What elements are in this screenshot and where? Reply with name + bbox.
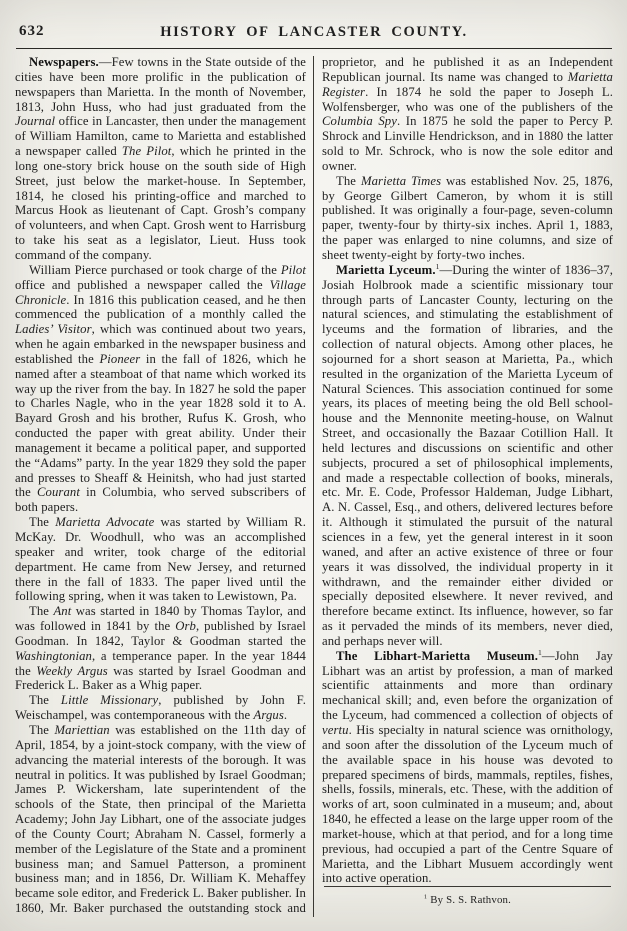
footnote: 1 By S. S. Rathvon. xyxy=(322,894,613,906)
run-in-heading: The Libhart-Marietta Museum. xyxy=(336,649,538,663)
footnote-rule xyxy=(324,886,611,887)
page-number: 632 xyxy=(19,23,45,40)
body-text: The xyxy=(336,174,361,188)
paragraph: The Marietta Times was established Nov. … xyxy=(322,174,613,263)
text-columns: Newspapers.—Few towns in the State outsi… xyxy=(15,55,613,917)
right-column: proprietor, and he published it as an In… xyxy=(314,55,613,917)
italic-title: Marietta Times xyxy=(361,174,441,188)
body-text: in the fall of 1826, which he named afte… xyxy=(15,352,306,500)
body-text: , which he printed in the long one-story… xyxy=(15,144,306,262)
right-column-text: proprietor, and he published it as an In… xyxy=(322,55,613,886)
body-text: The xyxy=(29,604,53,618)
italic-title: Journal xyxy=(15,114,55,128)
paragraph: William Pierce purchased or took charge … xyxy=(15,263,306,515)
run-in-heading: Newspapers. xyxy=(29,55,99,69)
paragraph: The Ant was started in 1840 by Thomas Ta… xyxy=(15,604,306,693)
body-text: was established on the 11th day of April… xyxy=(15,723,306,917)
italic-title: Pilot xyxy=(281,263,306,277)
footnote-text: By S. S. Rathvon. xyxy=(430,894,511,906)
italic-title: Argus xyxy=(254,708,284,722)
paragraph: Newspapers.—Few towns in the State outsi… xyxy=(15,55,306,263)
body-text: . In 1874 he sold the paper to Joseph L.… xyxy=(322,85,613,114)
body-text: . His specialty in natural science was o… xyxy=(322,723,613,885)
italic-title: Pioneer xyxy=(99,352,140,366)
footnote-marker: 1 xyxy=(424,894,427,901)
italic-title: Courant xyxy=(37,485,80,499)
paragraph: proprietor, and he published it as an In… xyxy=(322,55,613,174)
body-text: —During the winter of 1836–37, Josiah Ho… xyxy=(322,263,613,648)
italic-title: Columbia Spy xyxy=(322,114,397,128)
italic-title: Ant xyxy=(53,604,71,618)
italic-title: Little Missionary xyxy=(61,693,158,707)
footnote-section: 1 By S. S. Rathvon. xyxy=(322,886,613,917)
body-text: office and published a newspaper called … xyxy=(15,278,270,292)
italic-title: Mariettian xyxy=(54,723,109,737)
body-text: The xyxy=(29,723,54,737)
paragraph: The Libhart-Marietta Museum.1—John Jay L… xyxy=(322,649,613,887)
body-text: The xyxy=(29,693,61,707)
paragraph: Marietta Lyceum.1—During the winter of 1… xyxy=(322,263,613,649)
paragraph: The Marietta Advocate was started by Wil… xyxy=(15,515,306,604)
page-header: 632 HISTORY OF LANCASTER COUNTY. xyxy=(15,22,613,44)
left-column: Newspapers.—Few towns in the State outsi… xyxy=(15,55,313,917)
running-title: HISTORY OF LANCASTER COUNTY. xyxy=(15,22,613,41)
body-text: William Pierce purchased or took charge … xyxy=(29,263,281,277)
paragraph: The Little Missionary, published by John… xyxy=(15,693,306,723)
header-rule xyxy=(16,48,612,49)
paragraph: The Mariettian was established on the 11… xyxy=(15,723,306,917)
body-text: . xyxy=(284,708,287,722)
book-page: 632 HISTORY OF LANCASTER COUNTY. Newspap… xyxy=(0,0,627,931)
run-in-heading: Marietta Lyceum. xyxy=(336,263,436,277)
body-text: The xyxy=(29,515,55,529)
italic-title: Washingtonian xyxy=(15,649,92,663)
italic-title: Weekly Argus xyxy=(36,664,108,678)
italic-title: vertu xyxy=(322,723,349,737)
italic-title: The Pilot xyxy=(122,144,172,158)
italic-title: Marietta Advocate xyxy=(55,515,154,529)
italic-title: Ladies’ Visitor xyxy=(15,322,92,336)
italic-title: Orb xyxy=(175,619,196,633)
